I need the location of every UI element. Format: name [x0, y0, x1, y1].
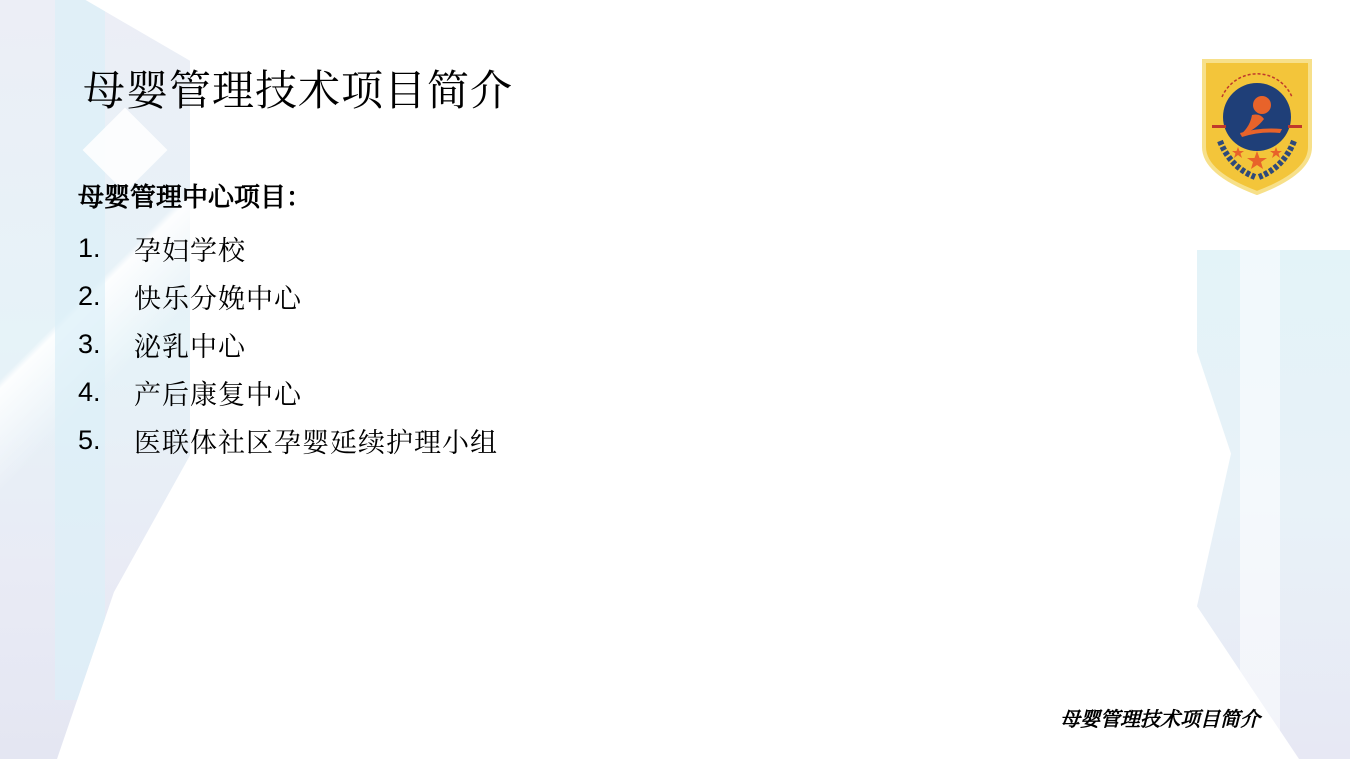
- list-item: 5. 医联体社区孕婴延续护理小组: [78, 416, 498, 464]
- list-item: 3. 泌乳中心: [78, 320, 498, 368]
- background-decoration-right: [1180, 250, 1350, 759]
- slide-title: 母婴管理技术项目简介: [83, 58, 513, 118]
- list-number: 3.: [78, 329, 134, 360]
- list-number: 1.: [78, 233, 134, 264]
- list-number: 2.: [78, 281, 134, 312]
- list-text: 医联体社区孕婴延续护理小组: [134, 421, 498, 460]
- project-list: 1. 孕妇学校 2. 快乐分娩中心 3. 泌乳中心 4. 产后康复中心 5. 医…: [78, 224, 498, 464]
- list-item: 2. 快乐分娩中心: [78, 272, 498, 320]
- list-number: 5.: [78, 425, 134, 456]
- hospital-logo-icon: [1200, 55, 1314, 195]
- list-text: 快乐分娩中心: [134, 277, 302, 316]
- list-text: 产后康复中心: [134, 373, 302, 412]
- slide-footer: 母婴管理技术项目简介: [1060, 703, 1260, 732]
- list-item: 1. 孕妇学校: [78, 224, 498, 272]
- list-text: 孕妇学校: [134, 229, 246, 268]
- list-item: 4. 产后康复中心: [78, 368, 498, 416]
- section-heading: 母婴管理中心项目：: [78, 180, 498, 216]
- slide-content: 母婴管理中心项目： 1. 孕妇学校 2. 快乐分娩中心 3. 泌乳中心 4. 产…: [78, 180, 498, 464]
- list-text: 泌乳中心: [134, 325, 246, 364]
- list-number: 4.: [78, 377, 134, 408]
